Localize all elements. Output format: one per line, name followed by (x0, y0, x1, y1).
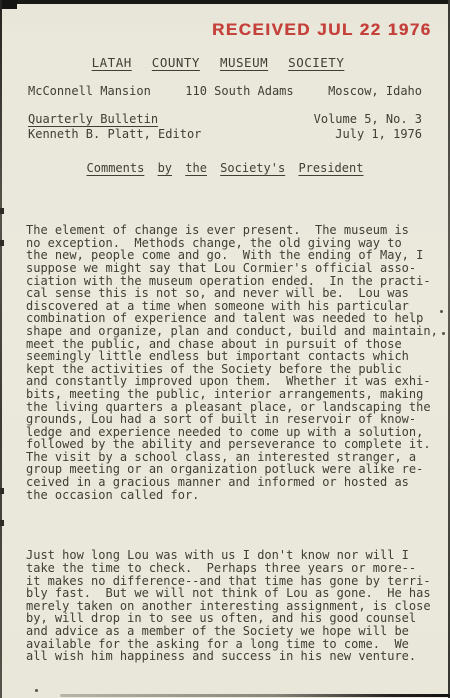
address-city: Moscow, Idaho (328, 84, 422, 98)
scanned-bulletin-page: RECEIVED JUL 22 1976 LATAH COUNTY MUSEUM… (0, 0, 450, 698)
article-heading-word: Society's (220, 161, 285, 175)
received-date-stamp: RECEIVED JUL 22 1976 (212, 20, 432, 40)
address-row: McConnell Mansion 110 South Adams Moscow… (28, 84, 422, 98)
date-line: July 1, 1976 (314, 127, 422, 142)
article-body: The element of change is ever present. T… (26, 199, 442, 688)
masthead-title-word: MUSEUM (220, 55, 268, 70)
address-street: 110 South Adams (185, 84, 293, 98)
scan-edge-top-corner (0, 0, 17, 9)
article-heading-word: Comments (87, 161, 145, 175)
scan-edge-top (0, 0, 450, 4)
scan-mark (0, 520, 4, 526)
scan-mark (0, 240, 4, 246)
publication-left: Quarterly Bulletin Kenneth B. Platt, Edi… (28, 112, 201, 142)
scan-speck (35, 689, 38, 692)
masthead-title-word: LATAH (92, 55, 132, 70)
article-heading-word: President (298, 161, 363, 175)
masthead-title-word: SOCIETY (288, 55, 344, 70)
volume-line: Volume 5, No. 3 (314, 112, 422, 127)
scan-edge-left (0, 0, 2, 698)
publication-block: Quarterly Bulletin Kenneth B. Platt, Edi… (28, 112, 422, 142)
masthead-title: LATAH COUNTY MUSEUM SOCIETY (0, 55, 436, 70)
scan-edge-bottom (60, 694, 450, 697)
bulletin-title: Quarterly Bulletin (28, 112, 201, 127)
scan-mark (0, 208, 4, 214)
article-heading: Comments by the Society's President (0, 161, 450, 175)
publication-right: Volume 5, No. 3 July 1, 1976 (314, 112, 422, 142)
scan-mark (0, 488, 4, 494)
scan-speck (442, 332, 445, 335)
masthead-title-word: COUNTY (152, 55, 200, 70)
editor-line: Kenneth B. Platt, Editor (28, 127, 201, 142)
paragraph: Just how long Lou was with us I don't kn… (26, 549, 442, 662)
paragraph: The element of change is ever present. T… (26, 224, 442, 501)
article-heading-word: the (185, 161, 207, 175)
article-heading-word: by (158, 161, 172, 175)
address-building: McConnell Mansion (28, 84, 151, 98)
